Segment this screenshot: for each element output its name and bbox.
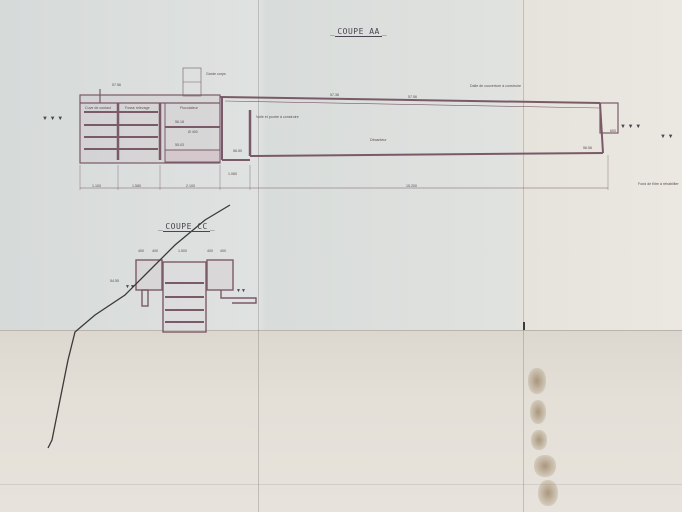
water-stain <box>534 455 556 477</box>
svg-text:▼ ▼ ▼: ▼ ▼ ▼ <box>42 116 63 122</box>
diameter-mark: Ø 400 <box>188 130 198 134</box>
level-mark: 56.50 <box>233 149 242 153</box>
level-mark: 56.56 <box>583 146 592 150</box>
water-stain <box>531 430 547 450</box>
level-mark: 54.55 <box>110 279 119 283</box>
label-voile-poutre: Voile et poutre à construire <box>256 115 299 119</box>
section-cc-title: _COUPE CC_ <box>158 222 215 231</box>
dimension: 600 <box>610 129 616 133</box>
dimension: 400 <box>138 249 144 253</box>
level-mark: 57.36 <box>330 93 339 97</box>
svg-text:▼ ▼ ▼: ▼ ▼ ▼ <box>620 124 641 130</box>
label-fond-filtre: Fond de filtre à réhabiliter <box>638 182 679 186</box>
water-stain <box>538 480 558 506</box>
dimension: 15.200 <box>406 184 417 188</box>
dimension: 1.580 <box>132 184 141 188</box>
dimension: 1.100 <box>92 184 101 188</box>
label-dalle-couverture: Dalle de couverture à construire <box>470 84 521 88</box>
level-mark: 55.03 <box>175 143 184 147</box>
dimension: 1.060 <box>228 172 237 176</box>
label-garde-corps: Garde corps <box>206 72 226 76</box>
water-stain <box>530 400 546 424</box>
dimension: 1.500 <box>178 249 187 253</box>
level-mark: 57.56 <box>408 95 417 99</box>
label-decanteur: Décanteur <box>370 138 387 142</box>
svg-text:▼ ▼: ▼ ▼ <box>660 134 674 140</box>
water-stain <box>528 368 546 394</box>
dimension: 400 <box>220 249 226 253</box>
level-mark: 56.18 <box>175 120 184 124</box>
label-fosse-relevage: Fosse relevage <box>125 106 150 110</box>
label-cuve-contact: Cuve de contact <box>85 106 111 110</box>
dimension: 400 <box>207 249 213 253</box>
svg-text:▼▼: ▼▼ <box>236 288 246 294</box>
label-floculateur: Floculateur <box>180 106 198 110</box>
section-aa-drawing: ▼ ▼ ▼ ▼ ▼ ▼ ▼ ▼ ▼▼ ▼▼ <box>0 0 682 512</box>
dimension: 400 <box>152 249 158 253</box>
level-mark: 57.56 <box>112 83 121 87</box>
dimension: 2.100 <box>186 184 195 188</box>
